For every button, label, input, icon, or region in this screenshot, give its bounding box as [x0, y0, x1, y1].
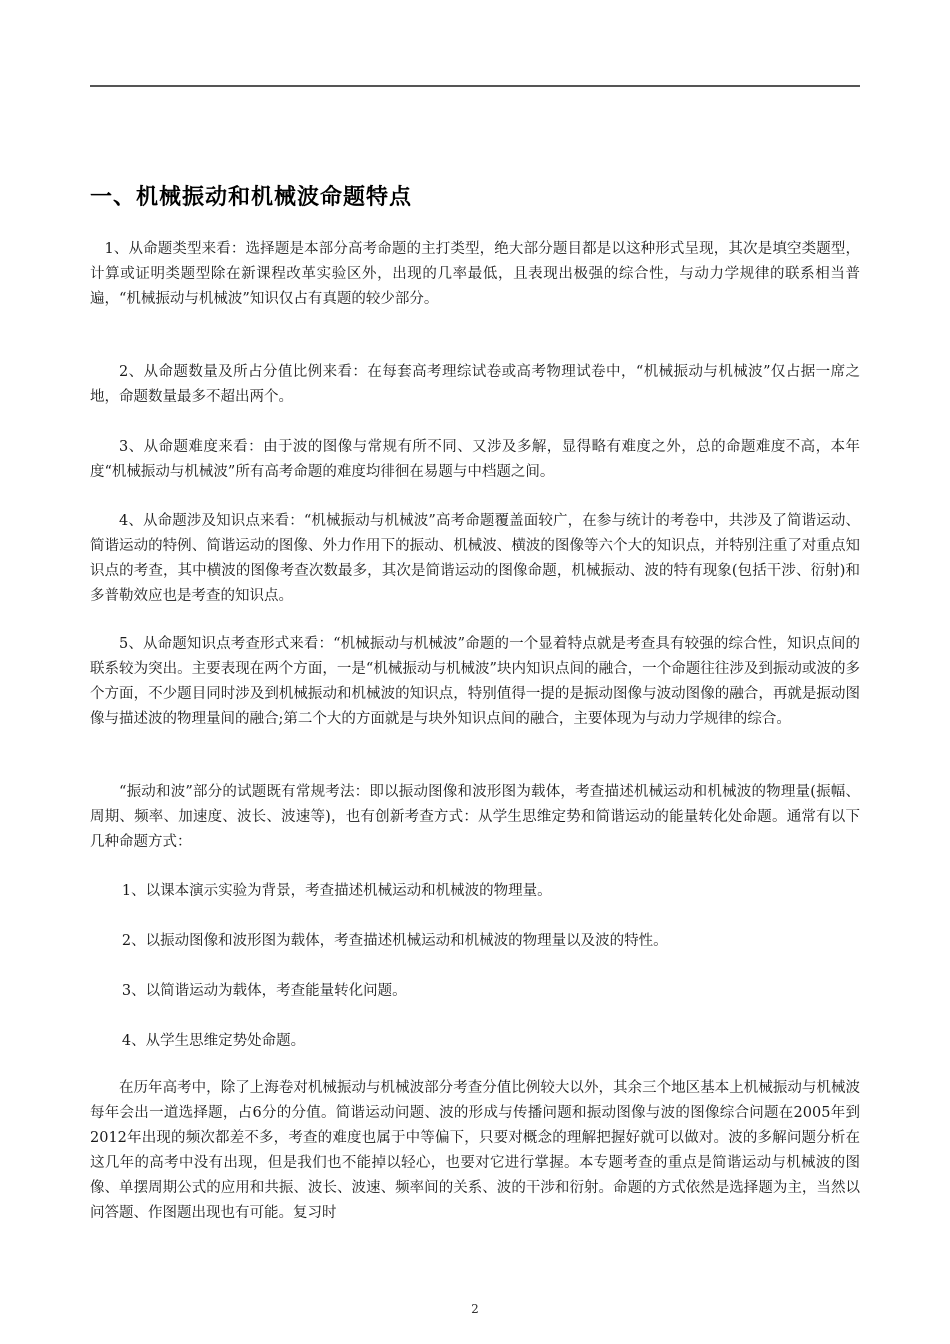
paragraph-question-types: 1、从命题类型来看：选择题是本部分高考命题的主打类型，绝大部分题目都是以这种形式… — [90, 237, 860, 312]
paragraph-vibration-and-waves: “振动和波”部分的试题既有常规考法：即以振动图像和波形图为载体，考查描述机械运动… — [90, 780, 860, 855]
page-number: 2 — [0, 1302, 950, 1316]
list-item: 1、以课本演示实验为背景，考查描述机械运动和机械波的物理量。 — [90, 879, 860, 904]
paragraph-historical-exams: 在历年高考中，除了上海卷对机械振动与机械波部分考查分值比例较大以外，其余三个地区… — [90, 1076, 860, 1226]
paragraph-question-forms: 5、从命题知识点考查形式来看：“机械振动与机械波”命题的一个显着特点就是考查具有… — [90, 632, 860, 732]
section-title: 一、机械振动和机械波命题特点 — [90, 180, 412, 211]
list-item: 3、以简谐运动为载体，考查能量转化问题。 — [90, 979, 860, 1004]
paragraph-question-count: 2、从命题数量及所占分值比例来看：在每套高考理综试卷或高考物理试卷中，“机械振动… — [90, 360, 860, 410]
list-item: 4、从学生思维定势处命题。 — [90, 1029, 860, 1054]
paragraph-knowledge-points: 4、从命题涉及知识点来看：“机械振动与机械波”高考命题覆盖面较广，在参与统计的考… — [90, 509, 860, 609]
header-rule — [90, 85, 860, 87]
list-item: 2、以振动图像和波形图为载体，考查描述机械运动和机械波的物理量以及波的特性。 — [90, 929, 860, 954]
paragraph-difficulty: 3、从命题难度来看：由于波的图像与常规有所不同、又涉及多解，显得略有难度之外，总… — [90, 435, 860, 485]
